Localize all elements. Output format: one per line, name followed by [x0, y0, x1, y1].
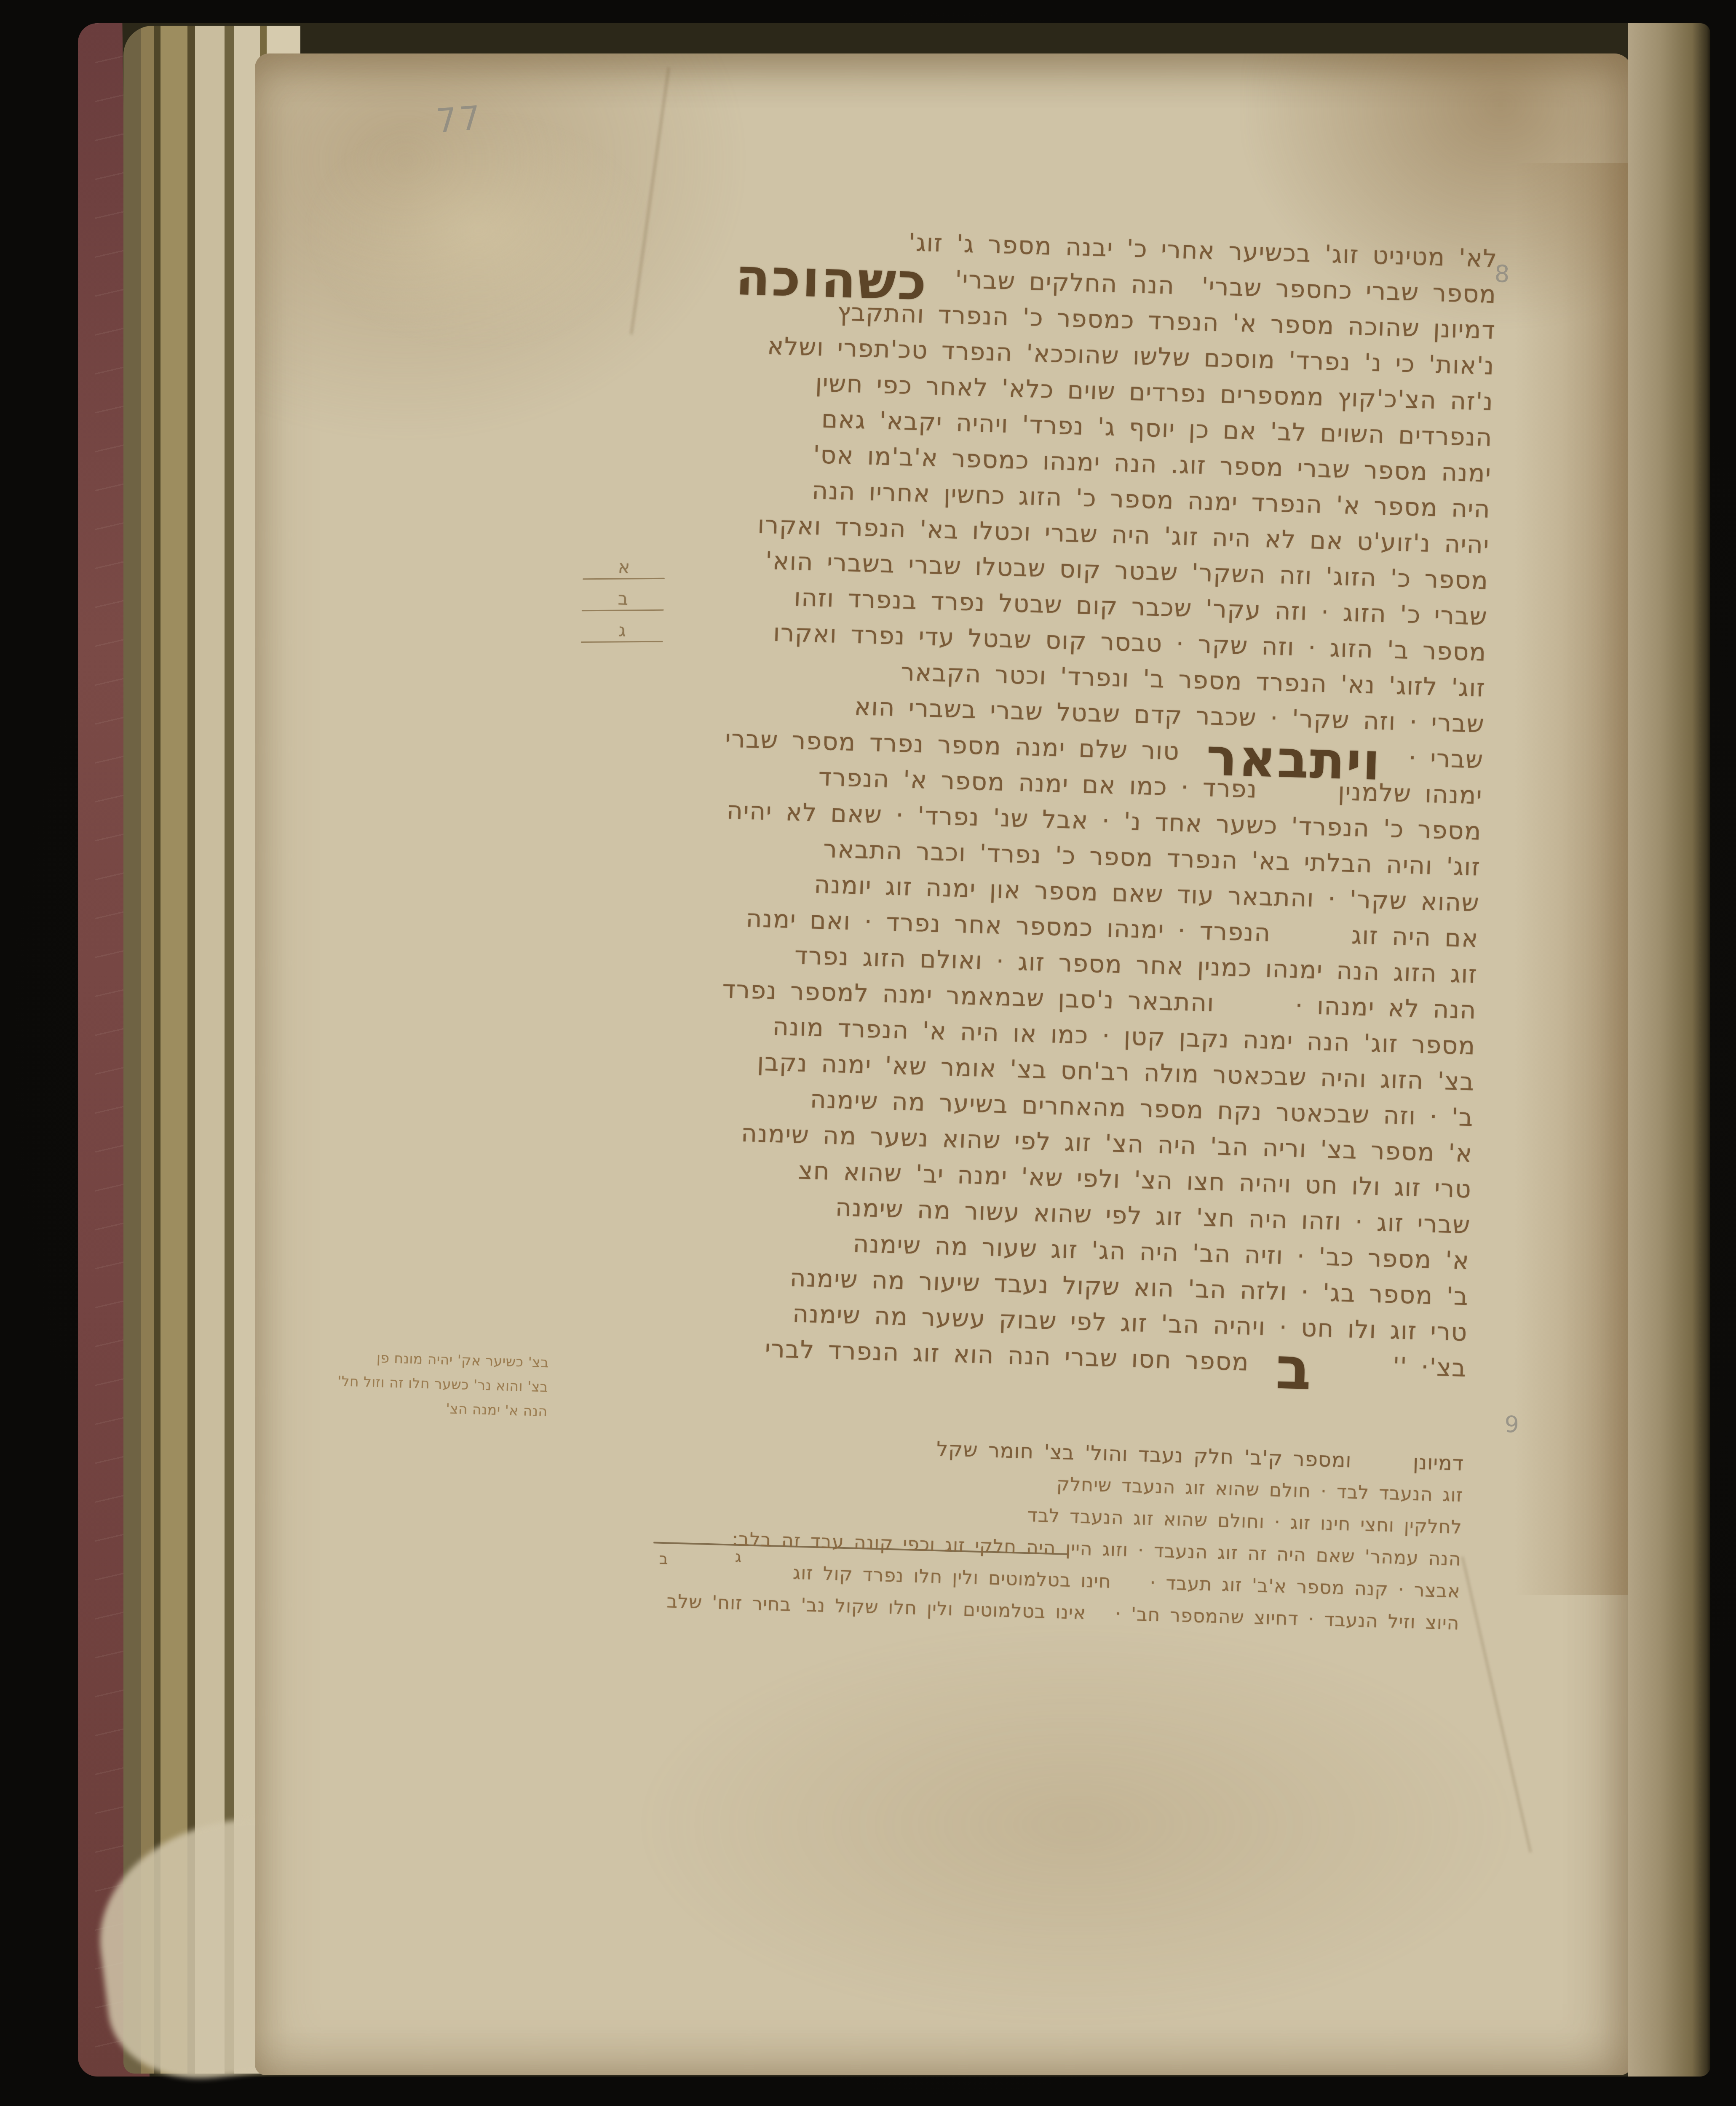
initial-word: ב — [1275, 1334, 1313, 1403]
margin-fraction-column: אבג — [580, 557, 665, 654]
text-run: בצ' כשיער אק' יהיה מונח פן — [377, 1350, 549, 1371]
manuscript-page: 77 8 9 לא' מטיניט זוג' בכשיער אחרי כ' יב… — [255, 53, 1632, 2075]
folio-number-pencil: 77 — [435, 99, 484, 140]
fraction-letter: ג — [581, 620, 663, 641]
text-run: א — [618, 556, 630, 577]
facing-page-edge — [1628, 23, 1710, 2077]
text-run: שברי · — [1381, 743, 1484, 774]
text-run: בצ'· '' — [1312, 1350, 1467, 1382]
fraction-row: ג — [581, 620, 663, 644]
margin-note: בצ' כשיער אק' יהיה מונח פןבצ' והוא נר' כ… — [320, 1344, 549, 1424]
fraction-row: ב — [582, 588, 664, 612]
text-run: בצ' והוא נר' כשער חלו זה וזול חל' — [337, 1373, 548, 1395]
fraction-rule — [582, 609, 664, 611]
fraction-rule — [581, 641, 663, 643]
fraction-letter: ב — [582, 588, 664, 609]
pencil-section-mark-9: 9 — [1504, 1411, 1519, 1438]
fraction-letter: א — [583, 557, 665, 577]
bottom-text-block: דמיונן ומספר ק'ב' חלק נעבד והול' בצ' חומ… — [448, 1419, 1464, 1640]
text-run: ג — [618, 620, 626, 640]
text-run: ב — [618, 588, 629, 609]
open-codex: 77 8 9 לא' מטיניט זוג' בכשיער אחרי כ' יב… — [78, 23, 1710, 2077]
fraction-rule — [583, 578, 665, 580]
text-run: הנה א' ימנה הצ' — [446, 1400, 548, 1419]
photography-backdrop: 77 8 9 לא' מטיניט זוג' בכשיער אחרי כ' יב… — [0, 0, 1736, 2106]
fraction-row: א — [583, 557, 665, 580]
text-run: זוג הנעבד לבד · חולם שהוא זוג הנעבד שיחל… — [1056, 1473, 1463, 1506]
main-text-block: לא' מטיניט זוג' בכשיער אחרי כ' יבנה מספר… — [476, 214, 1498, 1387]
ink-layer: 77 8 9 לא' מטיניט זוג' בכשיער אחרי כ' יב… — [255, 53, 1632, 2075]
divider-submarks: בג — [258, 53, 1632, 54]
